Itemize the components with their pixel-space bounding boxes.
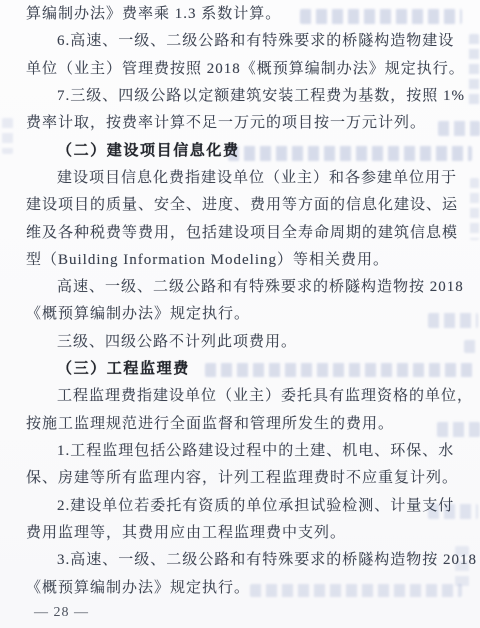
text-line: 1.工程监理包括公路建设过程中的土建、机电、环保、水	[26, 438, 458, 465]
section-heading: （二）建设项目信息化费	[26, 138, 458, 165]
text-line: 三级、四级公路不计列此项费用。	[26, 329, 458, 356]
bleedthrough-mark	[464, 340, 480, 353]
text-line: 单位（业主）管理费按照 2018《概预算编制办法》规定执行。	[26, 56, 458, 83]
text-line: 按施工监理规范进行全面监督和管理所发生的费用。	[26, 411, 458, 438]
text-line: 3.高速、一级、二级公路和有特殊要求的桥隧构造物按 2018	[26, 547, 458, 574]
text-line: 维及各种税费等费用，包括建设项目全寿命周期的建筑信息模	[26, 220, 458, 247]
document-body: 算编制办法》费率乘 1.3 系数计算。 6.高速、一级、二级公路和有特殊要求的桥…	[26, 1, 458, 602]
page-number: — 28 —	[34, 603, 89, 623]
text-line: 2.建设单位若委托有资质的单位承担试验检测、计量支付	[26, 493, 458, 520]
scanned-document-page: 算编制办法》费率乘 1.3 系数计算。 6.高速、一级、二级公路和有特殊要求的桥…	[0, 0, 480, 628]
text-line: 建设项目信息化费指建设单位（业主）和各参建单位用于	[26, 165, 458, 192]
text-line: 保、房建等所有监理内容，计列工程监理费时不应重复计列。	[26, 465, 458, 492]
text-line: 型（Building Information Modeling）等相关费用。	[26, 247, 458, 274]
text-line: 费率计取，按费率计算不足一万元的项目按一万元计列。	[26, 110, 458, 137]
text-line: 工程监理费指建设单位（业主）委托具有监理资格的单位，	[26, 383, 458, 410]
bleedthrough-mark	[470, 178, 479, 240]
bleedthrough-mark	[2, 118, 13, 154]
text-line: 建设项目的质量、安全、进度、费用等方面的信息化建设、运	[26, 192, 458, 219]
text-line: 《概预算编制办法》规定执行。	[26, 301, 458, 328]
text-line: 算编制办法》费率乘 1.3 系数计算。	[26, 1, 458, 28]
text-line: 高速、一级、二级公路和有特殊要求的桥隧构造物按 2018	[26, 274, 458, 301]
text-line: 《概预算编制办法》规定执行。	[26, 575, 458, 602]
text-line: 7.三级、四级公路以定额建筑安装工程费为基数，按照 1%	[26, 83, 458, 110]
section-heading: （三）工程监理费	[26, 356, 458, 383]
text-line: 6.高速、一级、二级公路和有特殊要求的桥隧构造物建设	[26, 28, 458, 55]
text-line: 费用监理等，其费用应由工程监理费中支列。	[26, 520, 458, 547]
bleedthrough-mark	[469, 34, 479, 109]
